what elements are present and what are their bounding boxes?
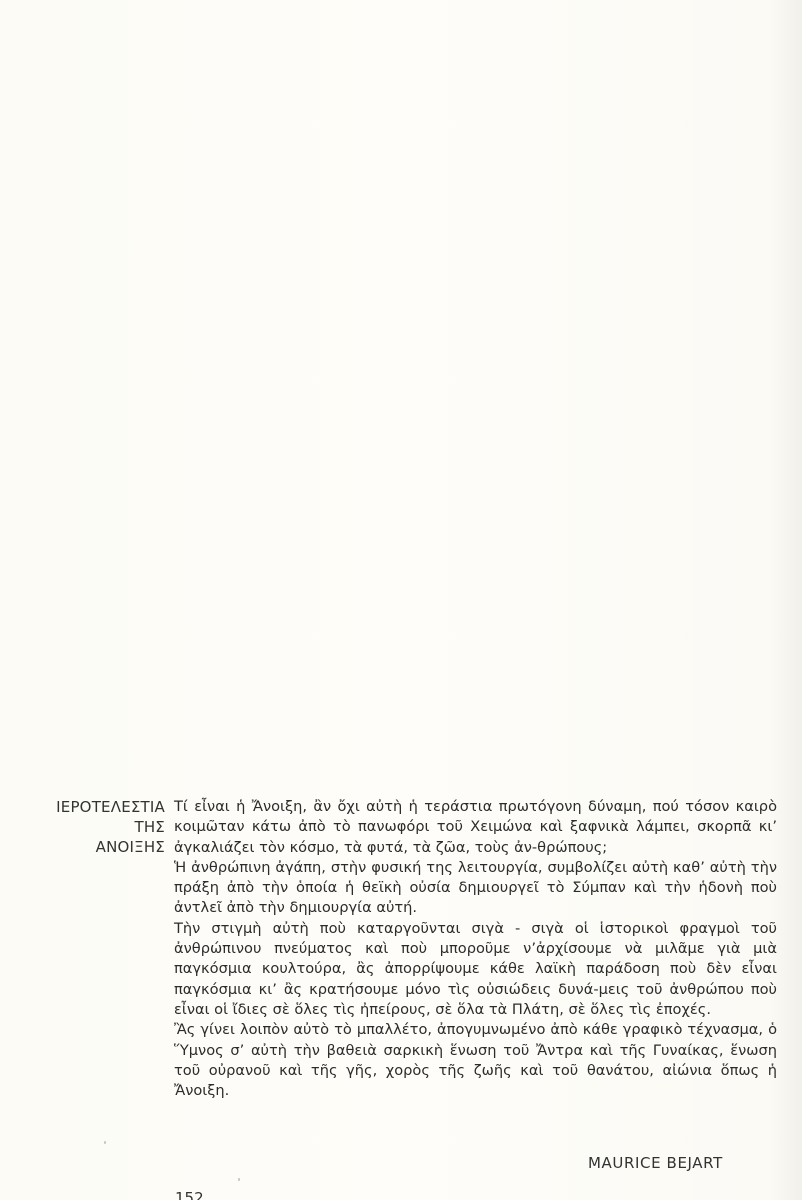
side-title: ΙΕΡΟΤΕΛΕΣΤΙΑ ΤΗΣ ΑΝΟΙΞΗΣ <box>20 797 165 857</box>
paragraph: Ἂς γίνει λοιπὸν αὐτὸ τὸ μπαλλέτο, ἀπογυμ… <box>174 1020 777 1101</box>
paper-speck <box>104 1141 106 1144</box>
side-title-line: ΤΗΣ <box>20 817 165 837</box>
body-text: Τί εἶναι ἡ Ἄνοιξη, ἂν ὄχι αὐτὴ ἡ τεράστι… <box>174 797 777 1101</box>
paragraph: Τὴν στιγμὴ αὐτὴ ποὺ καταργοῦνται σιγὰ - … <box>174 919 777 1020</box>
paragraph: Ἡ ἀνθρώπινη ἀγάπη, στὴν φυσική της λειτο… <box>174 858 777 919</box>
side-title-line: ΙΕΡΟΤΕΛΕΣΤΙΑ <box>20 797 165 817</box>
author-signature: MAURICE BEJART <box>588 1154 723 1172</box>
page-number: 152 <box>175 1191 204 1200</box>
paragraph: Τί εἶναι ἡ Ἄνοιξη, ἂν ὄχι αὐτὴ ἡ τεράστι… <box>174 797 777 858</box>
side-title-line: ΑΝΟΙΞΗΣ <box>20 837 165 857</box>
paper-speck <box>238 1178 240 1181</box>
book-page: ΙΕΡΟΤΕΛΕΣΤΙΑ ΤΗΣ ΑΝΟΙΞΗΣ Τί εἶναι ἡ Ἄνοι… <box>0 0 802 1200</box>
